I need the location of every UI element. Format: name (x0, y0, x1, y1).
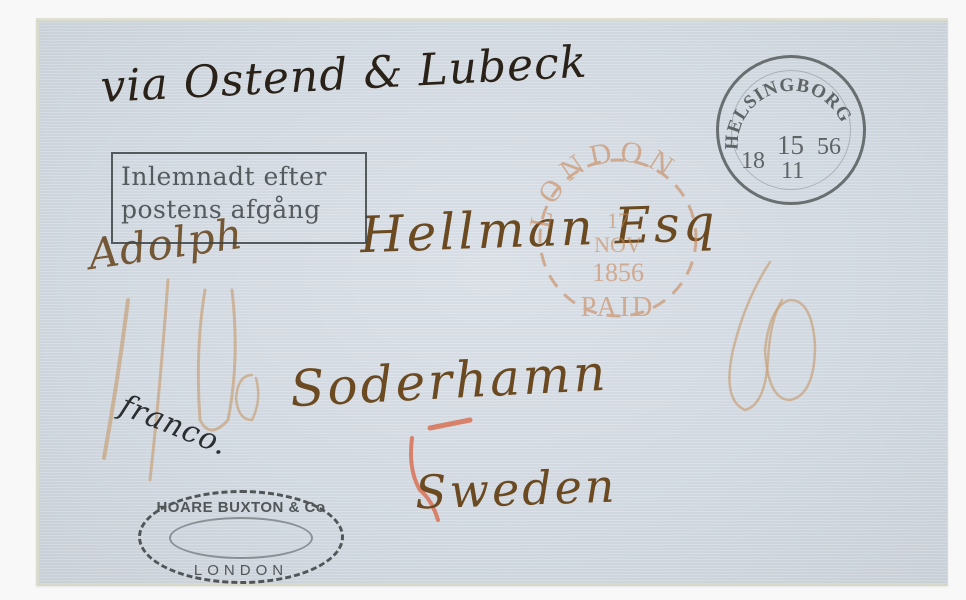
paid-month: NOV (528, 232, 708, 258)
oval-bottom-text: LONDON (141, 562, 341, 579)
country-manuscript: Sweden (414, 458, 618, 519)
postmark-year-left: 18 (741, 148, 765, 175)
paid-day: 17 (528, 208, 708, 234)
box-cachet: Inlemnadt efter postens afgång (111, 152, 367, 244)
paid-year: 1856 (528, 258, 708, 288)
box-cachet-line-1: Inlemnadt efter (121, 160, 357, 193)
paid-label: PAID (528, 292, 708, 324)
oval-inner-ring (169, 517, 313, 559)
sender-oval-cachet: HOARE BUXTON & Co LONDON (138, 490, 344, 584)
helsingborg-postmark: HELSINGBORG 18 15 56 11 (716, 55, 866, 205)
london-paid-postmark: LONDON 17 NOV 1856 PAID (528, 120, 708, 340)
oval-top-text: HOARE BUXTON & Co (141, 499, 341, 516)
box-cachet-line-2: postens afgång (121, 193, 357, 226)
postmark-month: 11 (781, 158, 804, 185)
postmark-day: 15 (777, 130, 804, 161)
postmark-year-right: 56 (817, 134, 841, 161)
